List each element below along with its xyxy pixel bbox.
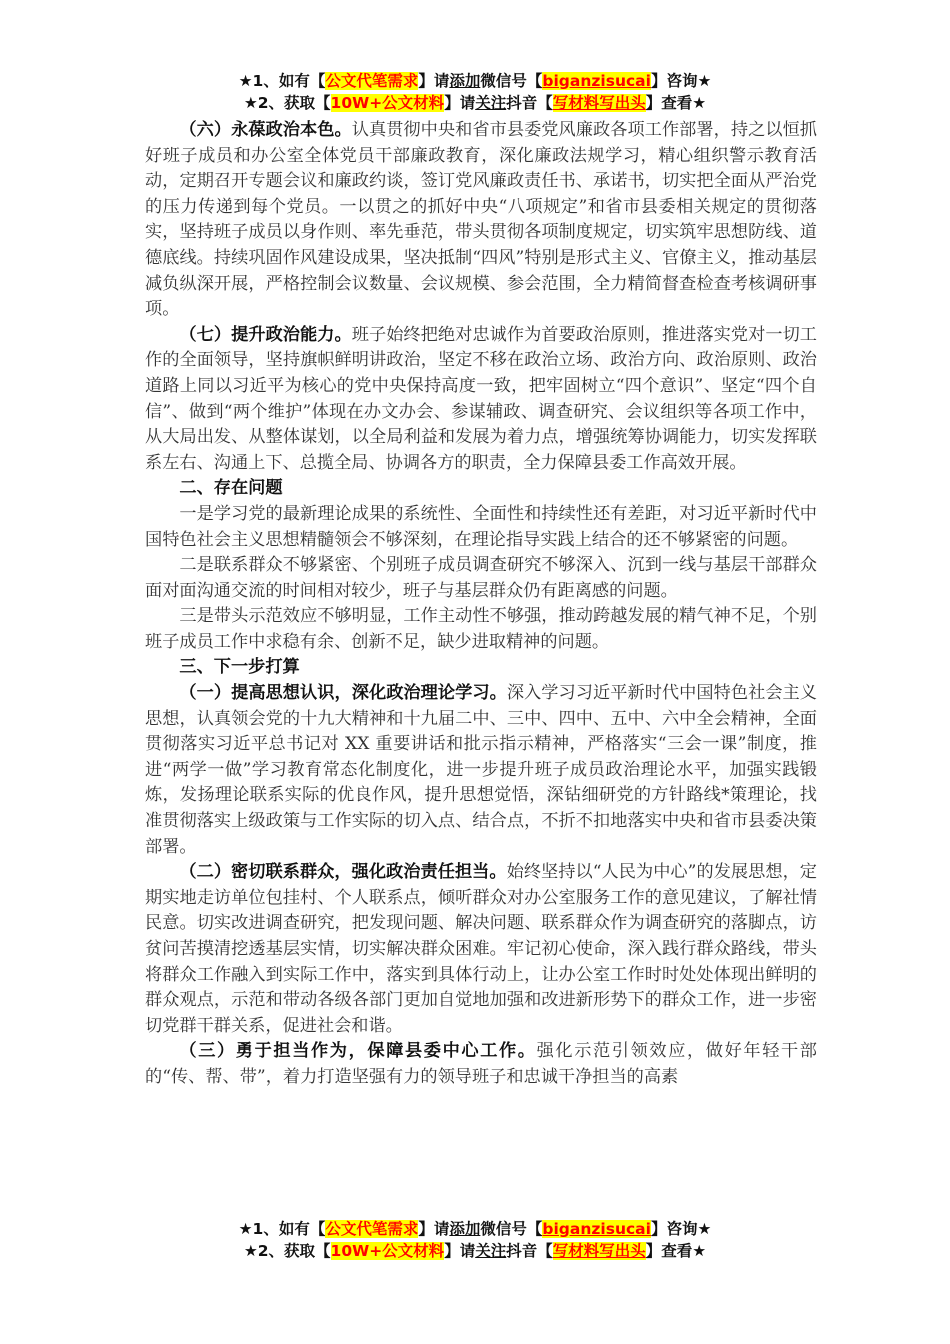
promo-text: 】查看★ bbox=[646, 94, 706, 112]
promo-text: 】请 bbox=[444, 1242, 475, 1260]
wechat-id-link[interactable]: biganzisucai bbox=[542, 72, 651, 90]
promo-line-1: ★1、如有【公文代笔需求】请添加微信号【biganzisucai】咨询★ bbox=[0, 1218, 950, 1240]
paragraph-lead: （一）提高思想认识，深化政治理论学习。 bbox=[179, 683, 506, 703]
highlight-ghostwriting: 公文代笔需求 bbox=[325, 72, 418, 90]
highlight-materials: 10W+公文材料 bbox=[331, 94, 445, 112]
douyin-account-link[interactable]: 写材料写出头 bbox=[553, 94, 646, 112]
next-step-2: （二）密切联系群众，强化政治责任担当。始终坚持以“人民为中心”的发展思想，定期实… bbox=[145, 860, 817, 1039]
paragraph-lead: （六）永葆政治本色。 bbox=[179, 120, 351, 140]
promo-header: ★1、如有【公文代笔需求】请添加微信号【biganzisucai】咨询★ ★2、… bbox=[0, 70, 950, 114]
problem-item-3: 三是带头示范效应不够明显，工作主动性不够强，推动跨越发展的精气神不足，个别班子成… bbox=[145, 604, 817, 655]
paragraph-lead: （七）提升政治能力。 bbox=[179, 325, 351, 345]
highlight-ghostwriting: 公文代笔需求 bbox=[325, 1220, 418, 1238]
paragraph-text: 始终坚持以“人民为中心”的发展思想，定期实地走访单位包挂村、个人联系点，倾听群众… bbox=[145, 862, 817, 1036]
promo-footer: ★1、如有【公文代笔需求】请添加微信号【biganzisucai】咨询★ ★2、… bbox=[0, 1218, 950, 1262]
section-heading-problems: 二、存在问题 bbox=[145, 476, 817, 502]
underlined-follow: 关注 bbox=[475, 94, 506, 112]
promo-line-2: ★2、获取【10W+公文材料】请关注抖音【写材料写出头】查看★ bbox=[0, 1240, 950, 1262]
promo-text: 】查看★ bbox=[646, 1242, 706, 1260]
paragraph-lead: （二）密切联系群众，强化政治责任担当。 bbox=[179, 862, 506, 882]
promo-line-2: ★2、获取【10W+公文材料】请关注抖音【写材料写出头】查看★ bbox=[0, 92, 950, 114]
problem-item-2: 二是联系群众不够紧密、个别班子成员调查研究不够深入、沉到一线与基层干部群众面对面… bbox=[145, 553, 817, 604]
promo-text: 】请 bbox=[418, 72, 449, 90]
promo-text: ★2、获取【 bbox=[244, 94, 331, 112]
underlined-add: 添加 bbox=[449, 72, 480, 90]
document-body: （六）永葆政治本色。认真贯彻中央和省市县委党风廉政各项工作部署，持之以恒抓好班子… bbox=[145, 118, 817, 1091]
section-heading-next-steps: 三、下一步打算 bbox=[145, 655, 817, 681]
paragraph-lead: （三）勇于担当作为，保障县委中心工作。 bbox=[179, 1041, 536, 1061]
promo-text: 抖音【 bbox=[506, 1242, 553, 1260]
promo-text: 】咨询★ bbox=[651, 72, 711, 90]
document-page: ★1、如有【公文代笔需求】请添加微信号【biganzisucai】咨询★ ★2、… bbox=[0, 0, 950, 1344]
wechat-id-link[interactable]: biganzisucai bbox=[542, 1220, 651, 1238]
promo-text: ★2、获取【 bbox=[244, 1242, 331, 1260]
promo-text: 】请 bbox=[444, 94, 475, 112]
paragraph-7: （七）提升政治能力。班子始终把绝对忠诚作为首要政治原则，推进落实党对一切工作的全… bbox=[145, 323, 817, 477]
promo-text: ★1、如有【 bbox=[239, 72, 326, 90]
underlined-add: 添加 bbox=[449, 1220, 480, 1238]
underlined-follow: 关注 bbox=[475, 1242, 506, 1260]
promo-text: 】咨询★ bbox=[651, 1220, 711, 1238]
highlight-materials: 10W+公文材料 bbox=[331, 1242, 445, 1260]
paragraph-text: 认真贯彻中央和省市县委党风廉政各项工作部署，持之以恒抓好班子成员和办公室全体党员… bbox=[145, 120, 817, 319]
paragraph-6: （六）永葆政治本色。认真贯彻中央和省市县委党风廉政各项工作部署，持之以恒抓好班子… bbox=[145, 118, 817, 323]
douyin-account-link[interactable]: 写材料写出头 bbox=[553, 1242, 646, 1260]
problem-item-1: 一是学习党的最新理论成果的系统性、全面性和持续性还有差距，对习近平新时代中国特色… bbox=[145, 502, 817, 553]
promo-line-1: ★1、如有【公文代笔需求】请添加微信号【biganzisucai】咨询★ bbox=[0, 70, 950, 92]
promo-text: 微信号【 bbox=[480, 1220, 542, 1238]
paragraph-text: 班子始终把绝对忠诚作为首要政治原则，推进落实党对一切工作的全面领导，坚持旗帜鲜明… bbox=[145, 325, 817, 473]
paragraph-text: 深入学习习近平新时代中国特色社会主义思想，认真领会党的十九大精神和十九届二中、三… bbox=[145, 683, 817, 857]
next-step-1: （一）提高思想认识，深化政治理论学习。深入学习习近平新时代中国特色社会主义思想，… bbox=[145, 681, 817, 860]
promo-text: 】请 bbox=[418, 1220, 449, 1238]
promo-text: 微信号【 bbox=[480, 72, 542, 90]
next-step-3: （三）勇于担当作为，保障县委中心工作。强化示范引领效应，做好年轻干部的“传、帮、… bbox=[145, 1039, 817, 1090]
promo-text: ★1、如有【 bbox=[239, 1220, 326, 1238]
promo-text: 抖音【 bbox=[506, 94, 553, 112]
